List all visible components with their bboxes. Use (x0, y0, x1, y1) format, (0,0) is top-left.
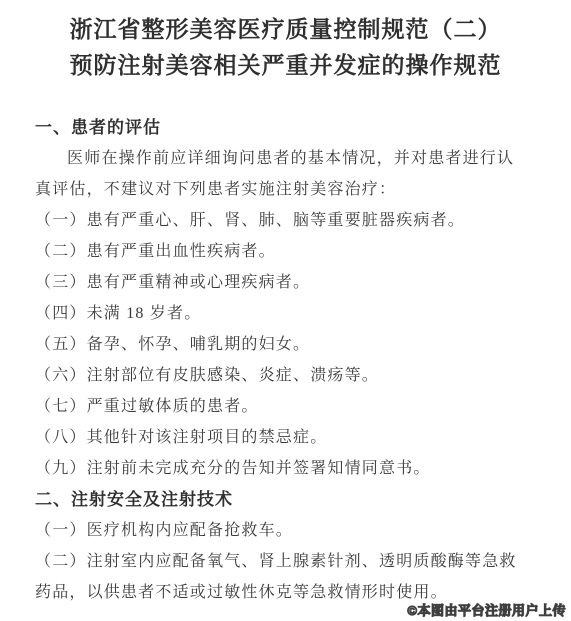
list-item-line-1: （二）注射室内应配备氧气、肾上腺素针剂、透明质酸酶等急救 (35, 546, 539, 577)
list-item: （六）注射部位有皮肤感染、炎症、溃疡等。 (35, 360, 539, 391)
list-item: （九）注射前未完成充分的告知并签署知情同意书。 (35, 453, 539, 484)
title-line-1: 浙江省整形美容医疗质量控制规范（二） (0, 12, 571, 48)
list-item: （二）患有严重出血性疾病者。 (35, 236, 539, 267)
document-body: 一、患者的评估 医师在操作前应详细询问患者的基本情况，并对患者进行认 真评估，不… (0, 112, 571, 608)
section-1-intro-line-1: 医师在操作前应详细询问患者的基本情况，并对患者进行认 (35, 143, 539, 174)
list-item: （五）备孕、怀孕、哺乳期的妇女。 (35, 329, 539, 360)
section-2-heading: 二、注射安全及注射技术 (35, 484, 539, 515)
list-item: （一）医疗机构内应配备抢救车。 (35, 515, 539, 546)
section-1-intro-line-2: 真评估，不建议对下列患者实施注射美容治疗： (35, 174, 539, 205)
list-item: （八）其他针对该注射项目的禁忌症。 (35, 422, 539, 453)
watermark: ©本图由平台注册用户上传 (407, 600, 566, 619)
document-title: 浙江省整形美容医疗质量控制规范（二） 预防注射美容相关严重并发症的操作规范 (0, 0, 571, 84)
list-item: （一）患有严重心、肝、肾、肺、脑等重要脏器疾病者。 (35, 205, 539, 236)
section-1-heading: 一、患者的评估 (35, 112, 539, 143)
list-item: （三）患有严重精神或心理疾病者。 (35, 267, 539, 298)
list-item: （四）未满 18 岁者。 (35, 298, 539, 329)
document-page: 浙江省整形美容医疗质量控制规范（二） 预防注射美容相关严重并发症的操作规范 一、… (0, 0, 571, 621)
title-line-2: 预防注射美容相关严重并发症的操作规范 (0, 48, 571, 84)
list-item: （七）严重过敏体质的患者。 (35, 391, 539, 422)
